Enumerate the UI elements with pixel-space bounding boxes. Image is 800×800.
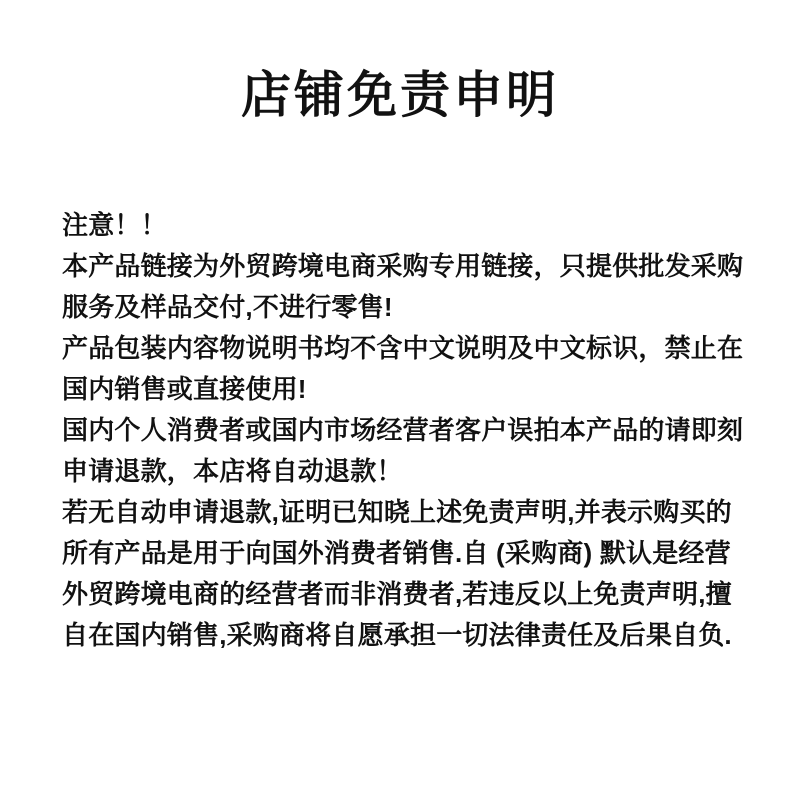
disclaimer-line-4: 产品包装内容物说明书均不含中文说明及中文标识，禁止在 xyxy=(62,328,746,369)
disclaimer-line-11: 自在国内销售,采购商将自愿承担一切法律责任及后果自负. xyxy=(62,615,746,656)
disclaimer-body: 注意！！ 本产品链接为外贸跨境电商采购专用链接，只提供批发采购 服务及样品交付,… xyxy=(0,205,800,656)
page-title: 店铺免责申明 xyxy=(0,65,800,125)
disclaimer-page: 店铺免责申明 注意！！ 本产品链接为外贸跨境电商采购专用链接，只提供批发采购 服… xyxy=(0,0,800,800)
disclaimer-line-attention: 注意！！ xyxy=(62,205,746,246)
disclaimer-line-5: 国内销售或直接使用! xyxy=(62,369,746,410)
disclaimer-line-2: 本产品链接为外贸跨境电商采购专用链接，只提供批发采购 xyxy=(62,246,746,287)
disclaimer-line-6: 国内个人消费者或国内市场经营者客户误拍本产品的请即刻 xyxy=(62,410,746,451)
disclaimer-line-9: 所有产品是用于向国外消费者销售.自 (采购商) 默认是经营 xyxy=(62,533,746,574)
disclaimer-line-7: 申请退款，本店将自动退款！ xyxy=(62,451,746,492)
disclaimer-line-8: 若无自动申请退款,证明已知晓上述免责声明,并表示购买的 xyxy=(62,492,746,533)
disclaimer-line-10: 外贸跨境电商的经营者而非消费者,若违反以上免责声明,擅 xyxy=(62,574,746,615)
disclaimer-line-3: 服务及样品交付,不进行零售! xyxy=(62,287,746,328)
